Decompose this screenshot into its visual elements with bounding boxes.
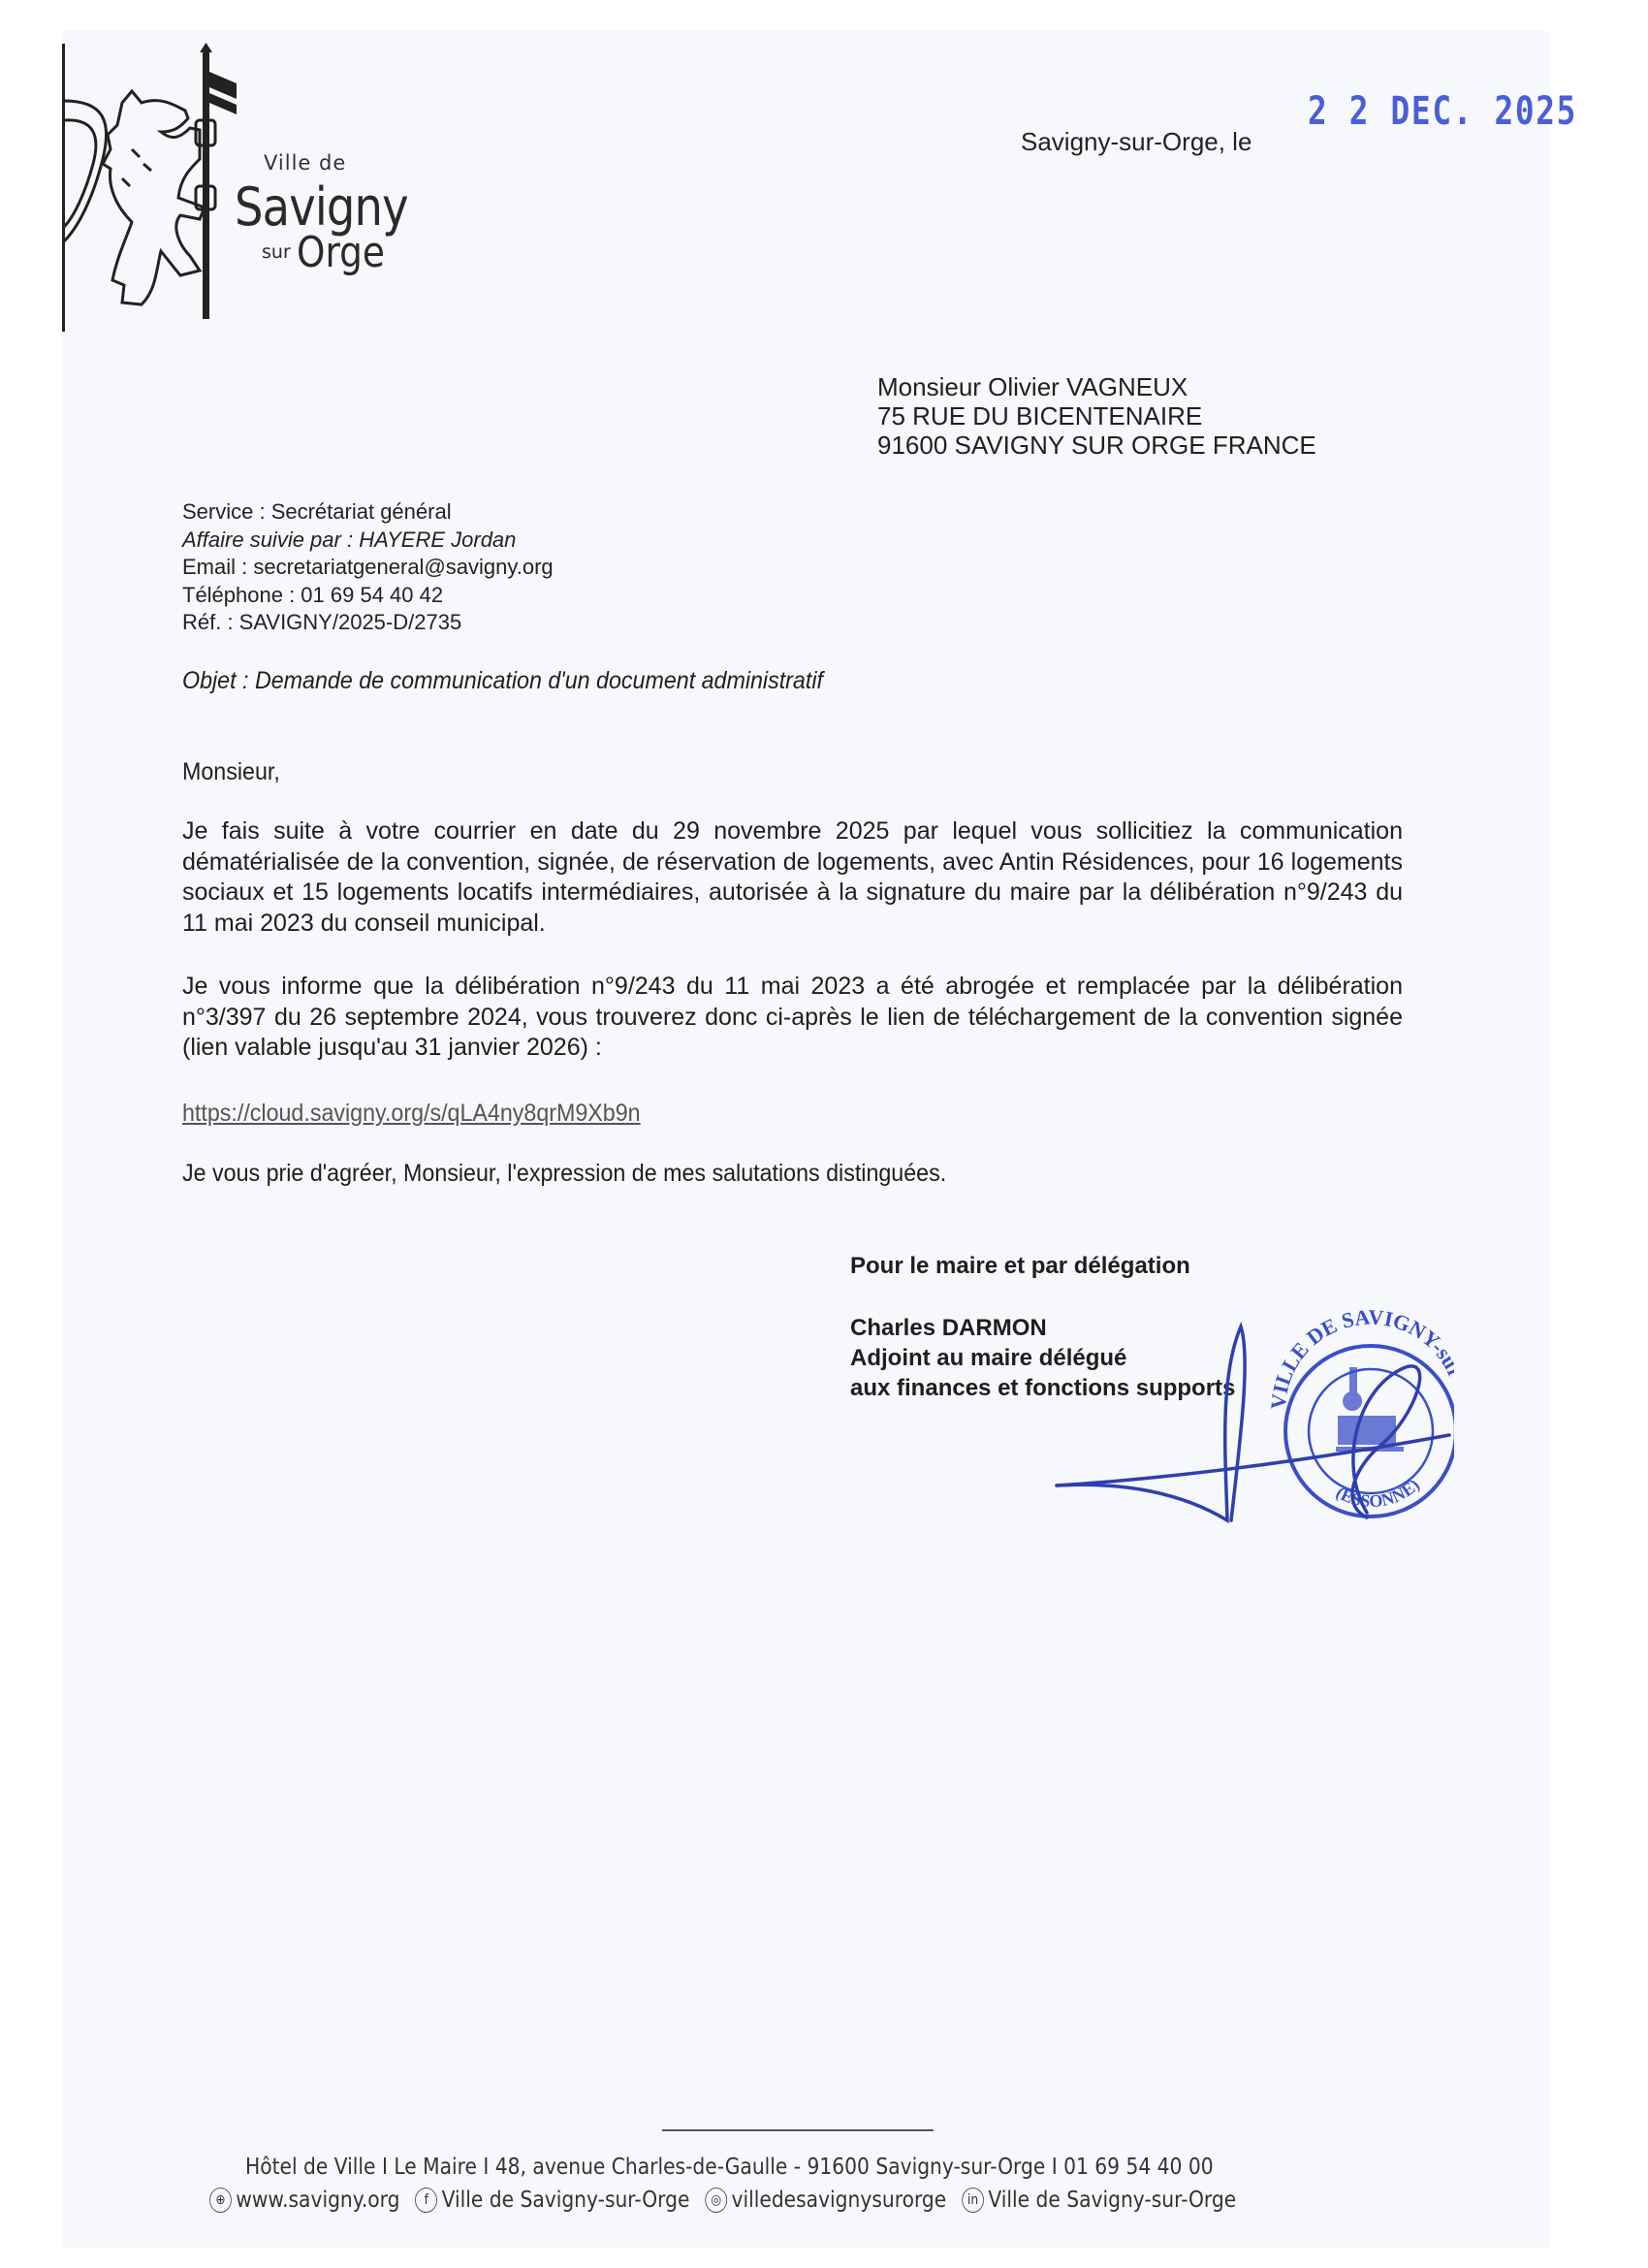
facebook-icon: f [415, 2188, 437, 2213]
footer-link-linkedin[interactable]: in Ville de Savigny-sur-Orge [962, 2188, 1236, 2213]
sender-info-block: Service : Secrétariat général Affaire su… [182, 498, 554, 637]
recipient-address: Monsieur Olivier VAGNEUX 75 RUE DU BICEN… [877, 372, 1316, 460]
body-paragraph-1: Je fais suite à votre courrier en date d… [182, 816, 1403, 939]
body-paragraph-2: Je vous informe que la délibération n°9/… [182, 972, 1403, 1064]
place-date-label: Savigny-sur-Orge, le [1021, 127, 1252, 157]
delegation-line: Pour le maire et par délégation [850, 1251, 1190, 1281]
affaire-line: Affaire suivie par : HAYERE Jordan [182, 527, 554, 555]
telephone-line: Téléphone : 01 69 54 40 42 [182, 582, 554, 610]
logo-sur: sur [262, 241, 291, 263]
closing-formula: Je vous prie d'agréer, Monsieur, l'expre… [182, 1160, 946, 1188]
linkedin-icon: in [962, 2188, 984, 2213]
instagram-icon: ◎ [705, 2188, 727, 2213]
footer-link-website[interactable]: ⊕ www.savigny.org [209, 2188, 399, 2213]
footer-address: Hôtel de Ville I Le Maire I 48, avenue C… [245, 2155, 1214, 2180]
footer-links: ⊕ www.savigny.org f Ville de Savigny-sur… [209, 2188, 1236, 2213]
date-stamp: 2 2 DEC. 2025 [1308, 89, 1577, 134]
logo-orge: Orge [297, 228, 385, 277]
globe-icon: ⊕ [209, 2188, 232, 2213]
footer-link-facebook[interactable]: f Ville de Savigny-sur-Orge [415, 2188, 689, 2213]
download-link[interactable]: https://cloud.savigny.org/s/qLA4ny8qrM9X… [182, 1100, 641, 1128]
footer-link-instagram[interactable]: ◎ villedesavignysurorge [705, 2188, 946, 2213]
scanned-letter-page [62, 31, 1550, 2249]
logo-ville-de: Ville de [264, 151, 346, 175]
recipient-street: 75 RUE DU BICENTENAIRE [877, 401, 1316, 431]
footer-divider [662, 2129, 934, 2131]
reference-line: Réf. : SAVIGNY/2025-D/2735 [182, 609, 554, 637]
subject-line: Objet : Demande de communication d'un do… [182, 667, 823, 695]
lion-crest-icon [64, 43, 248, 324]
email-line: Email : secretariatgeneral@savigny.org [182, 554, 554, 582]
salutation: Monsieur, [182, 758, 280, 786]
service-line: Service : Secrétariat général [182, 498, 554, 527]
recipient-city: 91600 SAVIGNY SUR ORGE FRANCE [877, 431, 1316, 460]
signature-and-seal: VILLE DE SAVIGNY-sur-ORGE (ESSONNE) [1047, 1299, 1454, 1532]
recipient-name: Monsieur Olivier VAGNEUX [877, 372, 1316, 401]
